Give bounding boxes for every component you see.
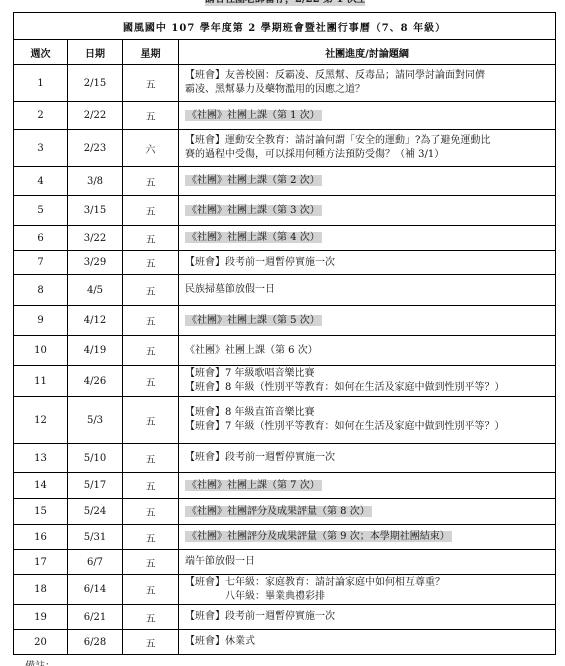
note-label: 備註： <box>25 657 55 666</box>
content-text: 《社團》社團上課（第 3 次） <box>185 205 322 216</box>
content-text: 【班會】段考前一週暫停實施一次 <box>185 257 335 268</box>
cell-content: 【班會】段考前一週暫停實施一次 <box>179 605 556 630</box>
cell-week: 1 <box>14 65 68 102</box>
content-text: 【班會】段考前一週暫停實施一次 <box>185 452 335 463</box>
cell-date: 2/22 <box>68 102 123 130</box>
cell-week: 2 <box>14 102 68 130</box>
content-line: 【班會】8 年級直笛音樂比賽 <box>185 406 555 420</box>
content-line: 【班會】段考前一週暫停實施一次 <box>185 256 555 270</box>
content-text: 《社團》社團評分及成果評量（第 9 次；本學期社團結束） <box>185 531 452 542</box>
cell-day: 五 <box>123 605 179 630</box>
content-line: 【班會】休業式 <box>185 635 555 649</box>
content-line: 【班會】7 年級（性別平等教育：如何在生活及家庭中做到性別平等？） <box>185 420 555 434</box>
content-line: 【班會】7 年級歌唱音樂比賽 <box>185 367 555 381</box>
table-row: 165/31五《社團》社團評分及成果評量（第 9 次；本學期社團結束） <box>14 525 556 550</box>
content-text: 【班會】友善校園：反霸凌、反黑幫、反毒品；請同學討論面對同儕 <box>185 70 485 81</box>
cell-date: 4/5 <box>68 275 123 306</box>
cell-day: 五 <box>123 575 179 605</box>
cell-week: 11 <box>14 366 68 397</box>
cell-week: 17 <box>14 550 68 575</box>
cell-content: 【班會】7 年級歌唱音樂比賽【班會】8 年級（性別平等教育：如何在生活及家庭中做… <box>179 366 556 397</box>
cell-content: 【班會】七年級：家庭教育：請討論家庭中如何相互尊重？ 八年級：畢業典禮彩排 <box>179 575 556 605</box>
cell-day: 六 <box>123 130 179 167</box>
cell-day: 五 <box>123 525 179 550</box>
table-row: 196/21五【班會】段考前一週暫停實施一次 <box>14 605 556 630</box>
content-text: 【班會】運動安全教育：請討論何謂「安全的運動」?為了避免運動比 <box>185 135 490 146</box>
content-line: 《社團》社團上課（第 5 次） <box>185 314 555 328</box>
cell-date: 4/12 <box>68 306 123 336</box>
content-text: 民族掃墓節放假一日 <box>185 284 275 295</box>
table-row: 84/5五民族掃墓節放假一日 <box>14 275 556 306</box>
cell-content: 【班會】休業式 <box>179 630 556 655</box>
cell-day: 五 <box>123 336 179 366</box>
table-row: 12/15五【班會】友善校園：反霸凌、反黑幫、反毒品；請同學討論面對同儕霸凌、黑… <box>14 65 556 102</box>
content-text: 【班會】7 年級（性別平等教育：如何在生活及家庭中做到性別平等？） <box>185 421 505 432</box>
table-row: 43/8五《社團》社團上課（第 2 次） <box>14 167 556 196</box>
content-line: 端午節放假一日 <box>185 555 555 569</box>
content-line: 《社團》社團上課（第 3 次） <box>185 204 555 218</box>
content-text: 端午節放假一日 <box>185 556 255 567</box>
cell-content: 【班會】友善校園：反霸凌、反黑幫、反毒品；請同學討論面對同儕霸凌、黑幫暴力及藥物… <box>179 65 556 102</box>
cell-date: 2/15 <box>68 65 123 102</box>
content-text: 《社團》社團上課（第 2 次） <box>185 175 322 186</box>
content-text: 《社團》社團上課（第 7 次） <box>185 480 322 491</box>
table-row: 145/17五《社團》社團上課（第 7 次） <box>14 473 556 499</box>
content-line: 《社團》社團上課（第 7 次） <box>185 479 555 493</box>
cell-content: 《社團》社團評分及成果評量（第 8 次） <box>179 499 556 525</box>
cell-week: 15 <box>14 499 68 525</box>
header-content: 社團進度/討論題綱 <box>179 40 556 65</box>
content-text: 【班會】7 年級歌唱音樂比賽 <box>185 368 315 379</box>
content-text: 【班會】休業式 <box>185 636 255 647</box>
table-row: 32/23六【班會】運動安全教育：請討論何謂「安全的運動」?為了避免運動比賽的過… <box>14 130 556 167</box>
title-row: 國風國中 107 學年度第 2 學期班會暨社團行事曆（7、8 年級） <box>14 13 556 40</box>
cell-content: 民族掃墓節放假一日 <box>179 275 556 306</box>
table-row: 125/3五【班會】8 年級直笛音樂比賽【班會】7 年級（性別平等教育：如何在生… <box>14 397 556 444</box>
cell-content: 端午節放假一日 <box>179 550 556 575</box>
cell-week: 14 <box>14 473 68 499</box>
cell-day: 五 <box>123 102 179 130</box>
cell-content: 《社團》社團上課（第 7 次） <box>179 473 556 499</box>
cell-date: 6/28 <box>68 630 123 655</box>
cell-week: 19 <box>14 605 68 630</box>
content-text: 【班會】8 年級（性別平等教育：如何在生活及家庭中做到性別平等？） <box>185 382 505 393</box>
cut-off-header-note: 請各社團老師留存，2/22 第 1 次上課 <box>205 0 365 6</box>
cell-date: 5/10 <box>68 444 123 473</box>
cell-date: 4/26 <box>68 366 123 397</box>
content-line: 《社團》社團上課（第 6 次） <box>185 344 555 358</box>
header-day: 星期 <box>123 40 179 65</box>
cell-week: 12 <box>14 397 68 444</box>
document-title: 國風國中 107 學年度第 2 學期班會暨社團行事曆（7、8 年級） <box>14 13 556 40</box>
content-line: 賽的過程中受傷，可以採用何種方法預防受傷？（補 3/1） <box>185 148 555 162</box>
header-row: 週次 日期 星期 社團進度/討論題綱 <box>14 40 556 65</box>
cell-content: 《社團》社團上課（第 2 次） <box>179 167 556 196</box>
table-row: 94/12五《社團》社團上課（第 5 次） <box>14 306 556 336</box>
cell-day: 五 <box>123 167 179 196</box>
content-text: 《社團》社團上課（第 4 次） <box>185 232 322 243</box>
cell-week: 13 <box>14 444 68 473</box>
cell-week: 18 <box>14 575 68 605</box>
cell-date: 5/24 <box>68 499 123 525</box>
cell-content: 【班會】8 年級直笛音樂比賽【班會】7 年級（性別平等教育：如何在生活及家庭中做… <box>179 397 556 444</box>
content-line: 【班會】友善校園：反霸凌、反黑幫、反毒品；請同學討論面對同儕 <box>185 69 555 83</box>
schedule-table: 國風國中 107 學年度第 2 學期班會暨社團行事曆（7、8 年級） 週次 日期… <box>13 12 556 655</box>
schedule-rows: 12/15五【班會】友善校園：反霸凌、反黑幫、反毒品；請同學討論面對同儕霸凌、黑… <box>14 65 556 655</box>
table-row: 176/7五端午節放假一日 <box>14 550 556 575</box>
table-row: 186/14五【班會】七年級：家庭教育：請討論家庭中如何相互尊重？ 八年級：畢業… <box>14 575 556 605</box>
content-line: 《社團》社團上課（第 4 次） <box>185 231 555 245</box>
cell-date: 3/22 <box>68 226 123 251</box>
content-text: 《社團》社團上課（第 1 次） <box>185 110 322 121</box>
content-text: 《社團》社團上課（第 6 次） <box>185 345 318 356</box>
cell-week: 4 <box>14 167 68 196</box>
content-text: 賽的過程中受傷，可以採用何種方法預防受傷？（補 3/1） <box>185 149 444 160</box>
content-line: 《社團》社團上課（第 2 次） <box>185 174 555 188</box>
content-text: 【班會】段考前一週暫停實施一次 <box>185 611 335 622</box>
cell-day: 五 <box>123 550 179 575</box>
cell-day: 五 <box>123 366 179 397</box>
cell-content: 【班會】段考前一週暫停實施一次 <box>179 251 556 275</box>
cell-content: 《社團》社團上課（第 6 次） <box>179 336 556 366</box>
cell-date: 4/19 <box>68 336 123 366</box>
cell-content: 《社團》社團上課（第 1 次） <box>179 102 556 130</box>
table-row: 73/29五【班會】段考前一週暫停實施一次 <box>14 251 556 275</box>
cell-date: 3/8 <box>68 167 123 196</box>
cell-day: 五 <box>123 499 179 525</box>
cell-day: 五 <box>123 196 179 226</box>
content-line: 【班會】段考前一週暫停實施一次 <box>185 610 555 624</box>
table-row: 53/15五《社團》社團上課（第 3 次） <box>14 196 556 226</box>
header-week: 週次 <box>14 40 68 65</box>
cell-day: 五 <box>123 630 179 655</box>
header-date: 日期 <box>68 40 123 65</box>
cell-day: 五 <box>123 226 179 251</box>
cell-day: 五 <box>123 444 179 473</box>
cell-week: 8 <box>14 275 68 306</box>
table-row: 63/22五《社團》社團上課（第 4 次） <box>14 226 556 251</box>
cell-date: 3/29 <box>68 251 123 275</box>
content-text: 《社團》社團評分及成果評量（第 8 次） <box>185 506 372 517</box>
cell-day: 五 <box>123 251 179 275</box>
content-text: 八年級：畢業典禮彩排 <box>185 591 325 602</box>
cell-day: 五 <box>123 306 179 336</box>
cell-day: 五 <box>123 65 179 102</box>
content-line: 八年級：畢業典禮彩排 <box>185 590 555 604</box>
content-line: 【班會】8 年級（性別平等教育：如何在生活及家庭中做到性別平等？） <box>185 381 555 395</box>
content-line: 【班會】七年級：家庭教育：請討論家庭中如何相互尊重？ <box>185 576 555 590</box>
cell-date: 5/17 <box>68 473 123 499</box>
cell-week: 6 <box>14 226 68 251</box>
cell-date: 5/31 <box>68 525 123 550</box>
content-line: 【班會】運動安全教育：請討論何謂「安全的運動」?為了避免運動比 <box>185 134 555 148</box>
content-text: 【班會】七年級：家庭教育：請討論家庭中如何相互尊重？ <box>185 577 445 588</box>
cell-content: 《社團》社團評分及成果評量（第 9 次；本學期社團結束） <box>179 525 556 550</box>
content-line: 《社團》社團上課（第 1 次） <box>185 109 555 123</box>
cell-week: 16 <box>14 525 68 550</box>
cell-date: 6/7 <box>68 550 123 575</box>
cell-date: 3/15 <box>68 196 123 226</box>
table-row: 206/28五【班會】休業式 <box>14 630 556 655</box>
content-line: 霸凌、黑幫暴力及藥物濫用的因應之道？ <box>185 83 555 97</box>
cell-week: 9 <box>14 306 68 336</box>
cell-content: 【班會】段考前一週暫停實施一次 <box>179 444 556 473</box>
cell-date: 2/23 <box>68 130 123 167</box>
cell-week: 20 <box>14 630 68 655</box>
table-row: 22/22五《社團》社團上課（第 1 次） <box>14 102 556 130</box>
cell-date: 6/21 <box>68 605 123 630</box>
table-row: 104/19五《社團》社團上課（第 6 次） <box>14 336 556 366</box>
cell-day: 五 <box>123 275 179 306</box>
content-text: 【班會】8 年級直笛音樂比賽 <box>185 407 315 418</box>
cell-date: 5/3 <box>68 397 123 444</box>
content-line: 【班會】段考前一週暫停實施一次 <box>185 451 555 465</box>
table-row: 114/26五【班會】7 年級歌唱音樂比賽【班會】8 年級（性別平等教育：如何在… <box>14 366 556 397</box>
content-text: 霸凌、黑幫暴力及藥物濫用的因應之道？ <box>185 84 365 95</box>
cell-week: 10 <box>14 336 68 366</box>
cell-week: 7 <box>14 251 68 275</box>
cell-date: 6/14 <box>68 575 123 605</box>
cell-content: 《社團》社團上課（第 4 次） <box>179 226 556 251</box>
cell-content: 【班會】運動安全教育：請討論何謂「安全的運動」?為了避免運動比賽的過程中受傷，可… <box>179 130 556 167</box>
cell-week: 5 <box>14 196 68 226</box>
cell-content: 《社團》社團上課（第 5 次） <box>179 306 556 336</box>
cell-week: 3 <box>14 130 68 167</box>
cell-content: 《社團》社團上課（第 3 次） <box>179 196 556 226</box>
content-line: 《社團》社團評分及成果評量（第 9 次；本學期社團結束） <box>185 530 555 544</box>
content-line: 民族掃墓節放假一日 <box>185 283 555 297</box>
cell-day: 五 <box>123 473 179 499</box>
table-row: 155/24五《社團》社團評分及成果評量（第 8 次） <box>14 499 556 525</box>
cell-day: 五 <box>123 397 179 444</box>
table-row: 135/10五【班會】段考前一週暫停實施一次 <box>14 444 556 473</box>
content-text: 《社團》社團上課（第 5 次） <box>185 315 322 326</box>
content-line: 《社團》社團評分及成果評量（第 8 次） <box>185 505 555 519</box>
